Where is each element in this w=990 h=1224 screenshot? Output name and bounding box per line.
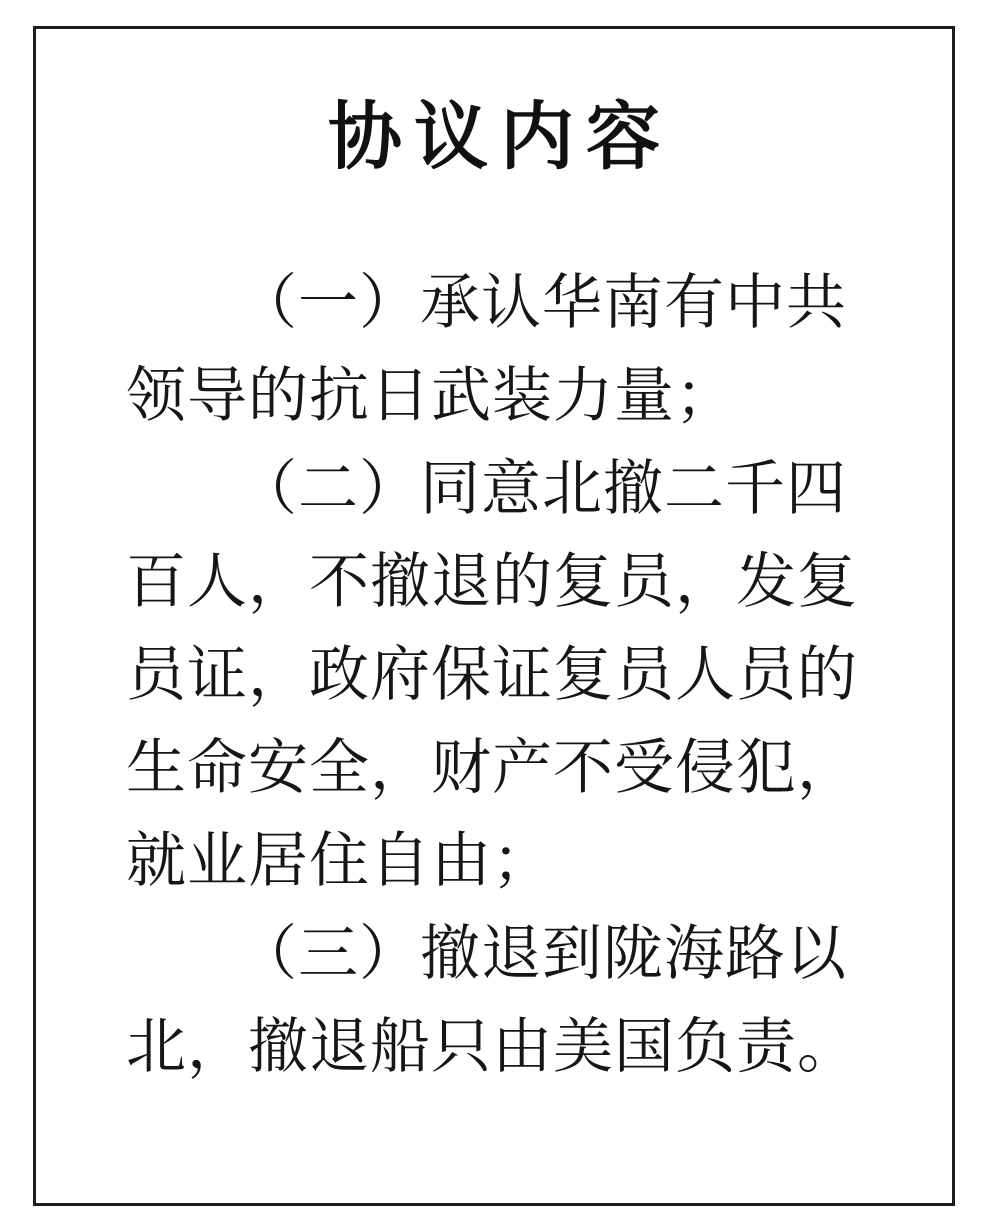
text-line: 员证，政府保证复员人员的 [126,628,912,721]
document-page: 协议内容 （一）承认华南有中共领导的抗日武装力量；（二）同意北撤二千四百人，不撤… [0,0,990,1224]
text-line: 就业居住自由； [126,814,912,907]
document-body: （一）承认华南有中共领导的抗日武装力量；（二）同意北撤二千四百人，不撤退的复员，… [36,256,952,1093]
text-line: （一）承认华南有中共 [126,256,912,349]
document-title: 协议内容 [36,97,952,180]
text-line: 领导的抗日武装力量； [126,349,912,442]
document-border-frame: 协议内容 （一）承认华南有中共领导的抗日武装力量；（二）同意北撤二千四百人，不撤… [33,26,955,1206]
text-line: 生命安全，财产不受侵犯， [126,721,912,814]
text-line: 百人，不撤退的复员，发复 [126,535,912,628]
text-line: 北，撤退船只由美国负责。 [126,1000,912,1093]
text-line: （三）撤退到陇海路以 [126,907,912,1000]
text-line: （二）同意北撤二千四 [126,442,912,535]
